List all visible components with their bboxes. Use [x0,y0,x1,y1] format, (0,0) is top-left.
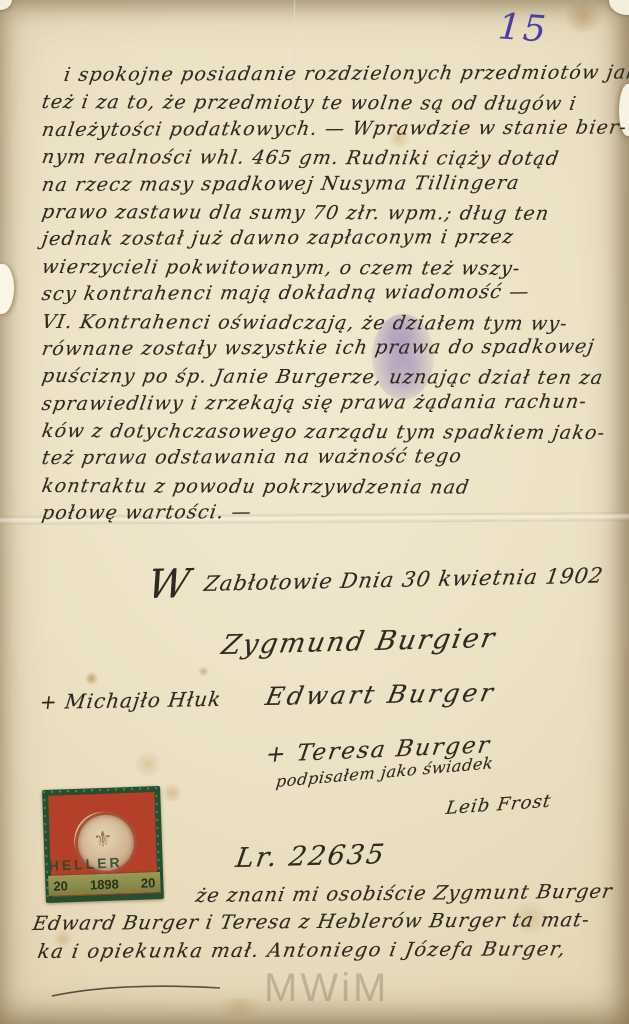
handwritten-line: równane zostały wszystkie ich prawa do s… [40,333,615,363]
handwritten-line: połowę wartości. — [40,498,615,528]
dateline-text: Zabłotowie Dnia 30 kwietnia 1902 [202,563,605,595]
handwritten-line: i spokojne posiadanie rozdzielonych prze… [40,60,615,90]
handwritten-line: też prawa odstawania na ważność tego [40,443,615,473]
stamp-year: 1898 [90,876,119,892]
stain [198,666,209,677]
handwritten-line: scy kontrahenci mają dokładną wiadomość … [40,279,615,309]
stamp-value-right: 20 [141,875,156,890]
signature-michajlo-hluk: + Michajło Hłuk [39,687,223,714]
revenue-stamp: ⚜ HELLER 20 1898 20 [42,786,164,903]
scanned-document-page: 15 i spokojne posiadanie rozdzielonych p… [0,0,629,1024]
certification-line: ka i opiekunka mał. Antoniego i Józefa B… [36,937,568,963]
dateline: WZabłotowie Dnia 30 kwietnia 1902 [144,553,607,608]
page-number-annotation: 15 [497,6,550,50]
eagle-emblem-icon: ⚜ [93,828,114,854]
signature-zygmund-burgier: Zygmund Burgier [219,623,499,661]
handwritten-line: sprawiedliwy i zrzekają się prawa żądani… [40,388,615,418]
paper-chip-top-left [0,0,12,10]
certification-line: że znani mi osobiście Zygmunt Burger [194,880,614,907]
stain [132,752,164,776]
stamp-value-band: 20 1898 20 [48,872,161,896]
signature-leib-frost: Leib Frost [445,791,553,819]
museum-watermark: MWiM [264,966,389,1011]
stamp-value-left: 20 [53,878,68,893]
handwritten-line: jednak został już dawno zapłaconym i prz… [40,224,615,254]
signature-edward-burger: Edwart Burger [263,678,498,711]
stain [160,784,184,802]
dateline-initial: W [144,561,193,608]
reference-number: Lr. 22635 [234,839,388,874]
pen-flourish-stroke [48,978,228,1002]
tear-left-edge [0,264,14,314]
handwritten-line: na rzecz masy spadkowej Nusyma Tillinger… [40,169,615,199]
handwritten-body: i spokojne posiadanie rozdzielonych prze… [42,62,612,528]
paper-chip-top-right [609,0,629,15]
stain [560,2,606,32]
handwritten-line: należytości podatkowych. — Wprawdzie w s… [40,114,615,144]
certification-line: Edward Burger i Teresa z Heblerów Burger… [31,908,592,935]
stain [84,672,99,685]
